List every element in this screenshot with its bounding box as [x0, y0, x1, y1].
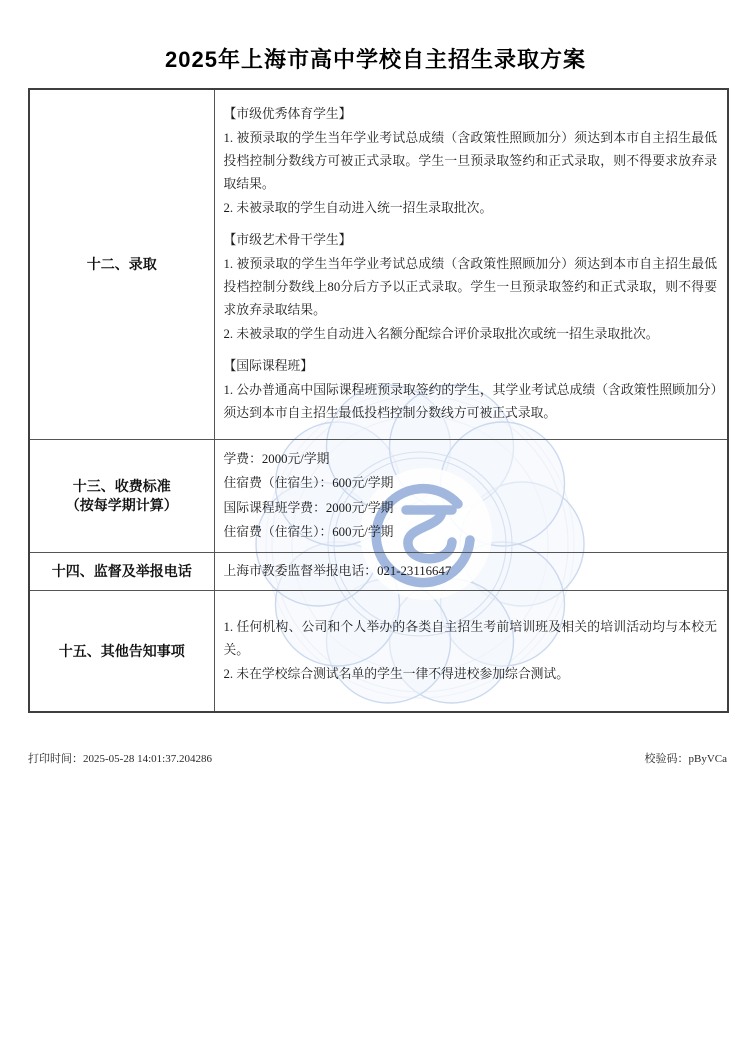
block-item: 2. 未被录取的学生自动进入名额分配综合评价录取批次或统一招生录取批次。 — [224, 323, 718, 346]
block-heading: 【国际课程班】 — [224, 355, 718, 378]
row-label-fees: 十三、收费标准 （按每学期计算） — [29, 439, 214, 552]
print-time: 打印时间：2025-05-28 14:01:37.204286 — [28, 750, 212, 766]
block-item: 1. 被预录取的学生当年学业考试总成绩（含政策性照顾加分）须达到本市自主招生最低… — [224, 253, 718, 323]
row-content-other-notices: 1. 任何机构、公司和个人举办的各类自主招生考前培训班及相关的培训活动均与本校无… — [214, 590, 728, 712]
table-row-fees: 十三、收费标准 （按每学期计算） 学费：2000元/学期 住宿费（住宿生）：60… — [29, 439, 728, 552]
document-page: 2025年上海市高中学校自主招生录取方案 十二、录取 【市级优秀体育学生】 1.… — [0, 0, 751, 1064]
supervision-phone: 上海市教委监督举报电话：021-23116647 — [224, 560, 718, 583]
row-content-supervision: 上海市教委监督举报电话：021-23116647 — [214, 552, 728, 590]
block-international-class: 【国际课程班】 1. 公办普通高中国际课程班预录取签约的学生，其学业考试总成绩（… — [224, 355, 718, 425]
notice-item: 1. 任何机构、公司和个人举办的各类自主招生考前培训班及相关的培训活动均与本校无… — [224, 616, 718, 663]
row-label-other-notices: 十五、其他告知事项 — [29, 590, 214, 712]
page-footer: 打印时间：2025-05-28 14:01:37.204286 校验码：pByV… — [28, 750, 727, 766]
fee-line: 住宿费（住宿生）：600元/学期 — [224, 520, 718, 545]
row-label-line1: 十三、收费标准 — [73, 478, 171, 494]
row-content-fees: 学费：2000元/学期 住宿费（住宿生）：600元/学期 国际课程班学费：200… — [214, 439, 728, 552]
checksum-code: 校验码：pByVCa — [645, 750, 728, 766]
admission-plan-table: 十二、录取 【市级优秀体育学生】 1. 被预录取的学生当年学业考试总成绩（含政策… — [28, 88, 729, 713]
notice-item: 2. 未在学校综合测试名单的学生一律不得进校参加综合测试。 — [224, 663, 718, 686]
table-row-other-notices: 十五、其他告知事项 1. 任何机构、公司和个人举办的各类自主招生考前培训班及相关… — [29, 590, 728, 712]
fee-line: 住宿费（住宿生）：600元/学期 — [224, 471, 718, 496]
row-label-admission: 十二、录取 — [29, 89, 214, 439]
block-item: 1. 被预录取的学生当年学业考试总成绩（含政策性照顾加分）须达到本市自主招生最低… — [224, 127, 718, 197]
block-heading: 【市级艺术骨干学生】 — [224, 229, 718, 252]
block-item: 1. 公办普通高中国际课程班预录取签约的学生，其学业考试总成绩（含政策性照顾加分… — [224, 379, 718, 426]
page-title: 2025年上海市高中学校自主招生录取方案 — [0, 43, 751, 74]
row-label-line2: （按每学期计算） — [66, 497, 178, 513]
block-art-students: 【市级艺术骨干学生】 1. 被预录取的学生当年学业考试总成绩（含政策性照顾加分）… — [224, 229, 718, 346]
block-item: 2. 未被录取的学生自动进入统一招生录取批次。 — [224, 197, 718, 220]
row-content-admission: 【市级优秀体育学生】 1. 被预录取的学生当年学业考试总成绩（含政策性照顾加分）… — [214, 89, 728, 439]
row-label-supervision: 十四、监督及举报电话 — [29, 552, 214, 590]
block-heading: 【市级优秀体育学生】 — [224, 103, 718, 126]
table-row-admission: 十二、录取 【市级优秀体育学生】 1. 被预录取的学生当年学业考试总成绩（含政策… — [29, 89, 728, 439]
block-sports-students: 【市级优秀体育学生】 1. 被预录取的学生当年学业考试总成绩（含政策性照顾加分）… — [224, 103, 718, 220]
fee-line: 国际课程班学费：2000元/学期 — [224, 496, 718, 521]
table-row-supervision: 十四、监督及举报电话 上海市教委监督举报电话：021-23116647 — [29, 552, 728, 590]
fee-line: 学费：2000元/学期 — [224, 447, 718, 472]
